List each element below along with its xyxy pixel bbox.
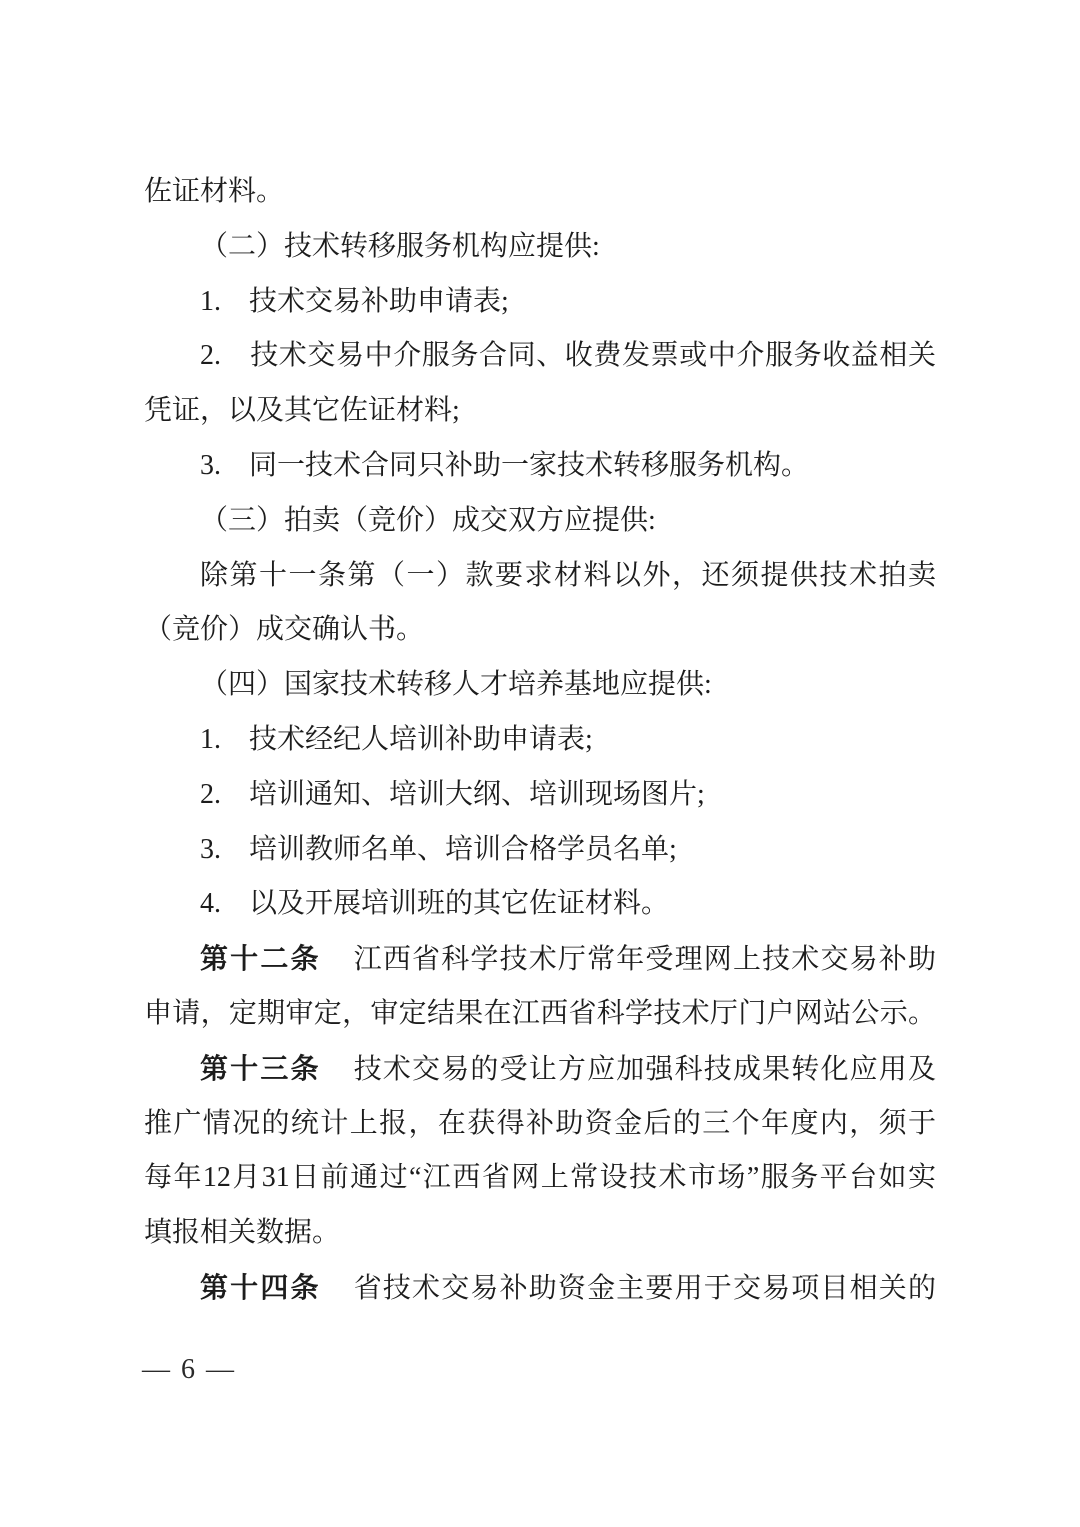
doc-line: 申请，定期审定，审定结果在江西省科学技术厅门户网站公示。 — [144, 987, 936, 1042]
doc-line: 推广情况的统计上报，在获得补助资金后的三个年度内，须于 — [144, 1097, 936, 1152]
article-number: 第十四条 — [200, 1272, 321, 1303]
doc-line: 第十二条江西省科学技术厅常年受理网上技术交易补助 — [144, 932, 936, 987]
document-body: 佐证材料。 （二）技术转移服务机构应提供: 1. 技术交易补助申请表; 2. 技… — [144, 165, 936, 1316]
doc-line: 第十三条技术交易的受让方应加强科技成果转化应用及 — [144, 1042, 936, 1097]
article-text: 技术交易的受让方应加强科技成果转化应用及 — [354, 1054, 936, 1085]
article-number: 第十三条 — [200, 1053, 321, 1084]
doc-line: 3. 培训教师名单、培训合格学员名单; — [144, 823, 936, 878]
article-number: 第十二条 — [200, 943, 321, 974]
doc-line: 每年12月31日前通过“江西省网上常设技术市场”服务平台如实 — [144, 1151, 936, 1206]
article-text: 江西省科学技术厅常年受理网上技术交易补助 — [354, 944, 936, 975]
page-number: — 6 — — [142, 1352, 236, 1388]
doc-line: 填报相关数据。 — [144, 1206, 936, 1261]
doc-line: 除第十一条第（一）款要求材料以外，还须提供技术拍卖 — [144, 549, 936, 604]
doc-line: 2. 培训通知、培训大纲、培训现场图片; — [144, 768, 936, 823]
doc-line: （四）国家技术转移人才培养基地应提供: — [144, 658, 936, 713]
doc-line: （三）拍卖（竞价）成交双方应提供: — [144, 494, 936, 549]
doc-line: （二）技术转移服务机构应提供: — [144, 220, 936, 275]
document-page: 佐证材料。 （二）技术转移服务机构应提供: 1. 技术交易补助申请表; 2. 技… — [0, 0, 1080, 1527]
doc-line: 佐证材料。 — [144, 165, 936, 220]
doc-line: 1. 技术交易补助申请表; — [144, 275, 936, 330]
doc-line: 1. 技术经纪人培训补助申请表; — [144, 713, 936, 768]
doc-line: 4. 以及开展培训班的其它佐证材料。 — [144, 877, 936, 932]
doc-line: 凭证，以及其它佐证材料; — [144, 384, 936, 439]
doc-line: 第十四条省技术交易补助资金主要用于交易项目相关的 — [144, 1261, 936, 1316]
doc-line: 2. 技术交易中介服务合同、收费发票或中介服务收益相关 — [144, 329, 936, 384]
doc-line: 3. 同一技术合同只补助一家技术转移服务机构。 — [144, 439, 936, 494]
article-text: 省技术交易补助资金主要用于交易项目相关的 — [354, 1273, 936, 1304]
doc-line: （竞价）成交确认书。 — [144, 603, 936, 658]
